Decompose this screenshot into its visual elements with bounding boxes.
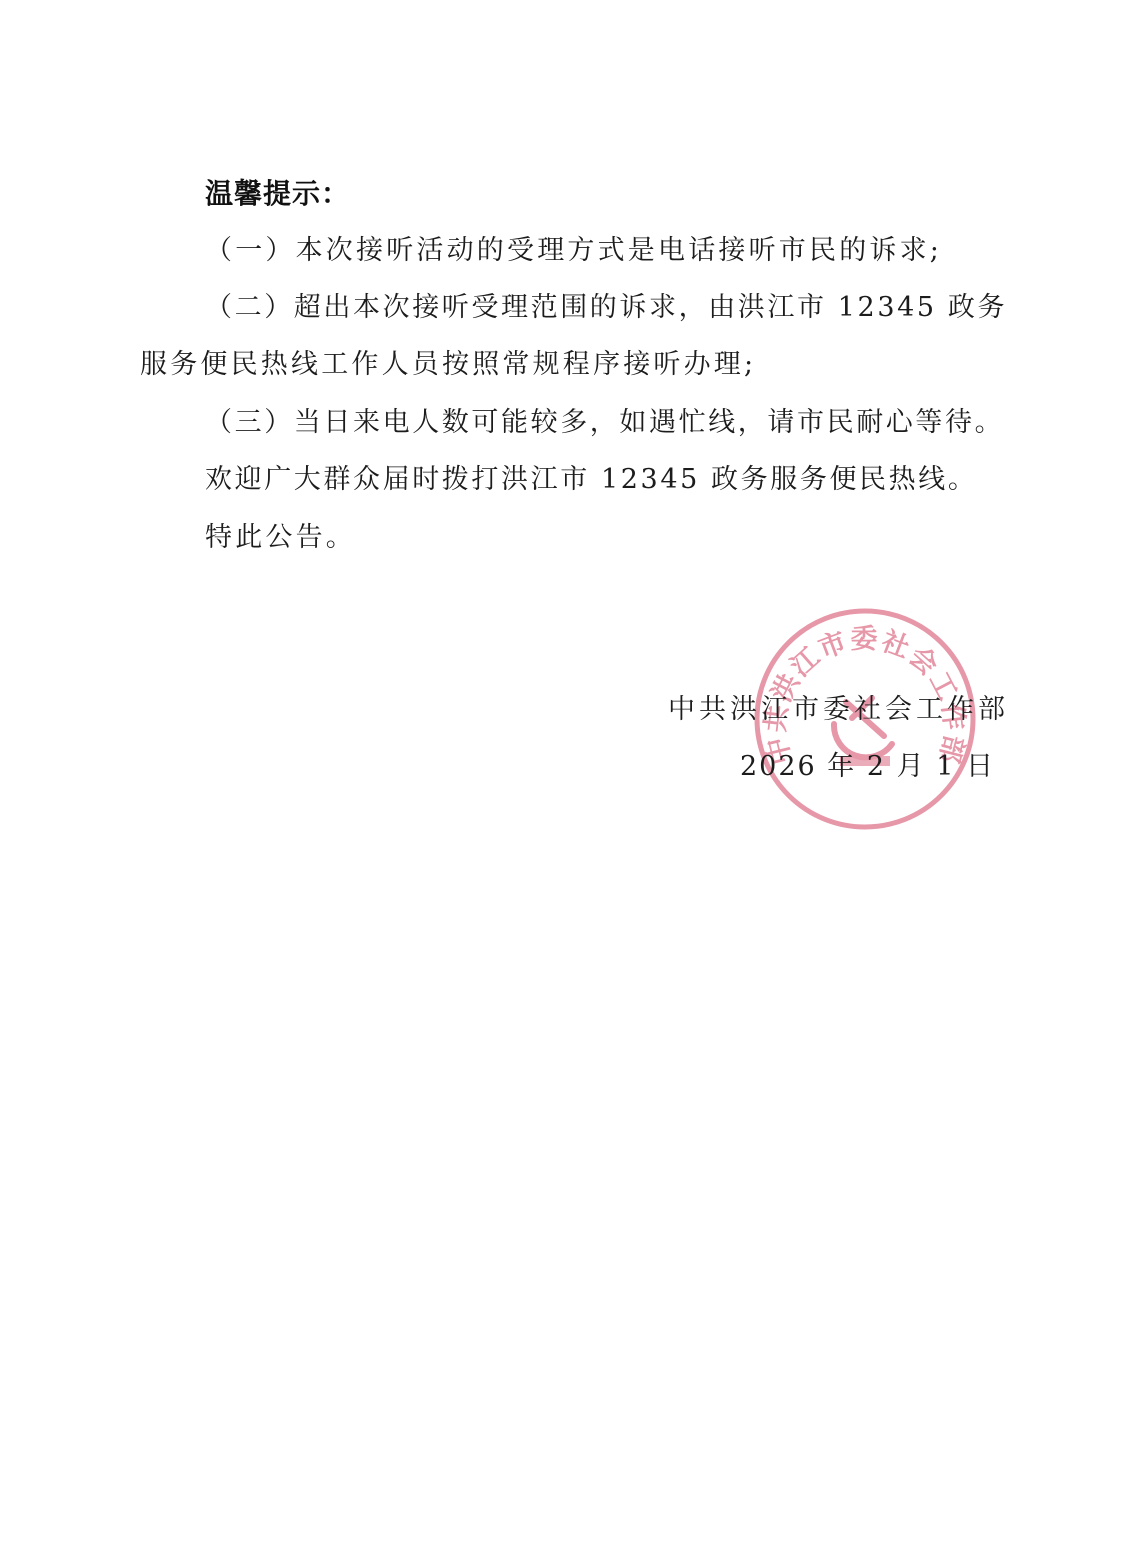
notice-item-2-line-1: （二）超出本次接听受理范围的诉求，由洪江市 12345 政务 — [205, 288, 1080, 328]
signature-date: 2026 年 2 月 1 日 — [740, 747, 995, 787]
closing-line: 特此公告。 — [205, 518, 1080, 558]
document-page: 温馨提示： （一）本次接听活动的受理方式是电话接听市民的诉求; （二）超出本次接… — [0, 0, 1134, 1564]
notice-item-2-line-2: 服务便民热线工作人员按照常规程序接听办理; — [140, 345, 1015, 385]
notice-item-1: （一）本次接听活动的受理方式是电话接听市民的诉求; — [205, 231, 1080, 271]
signature-organization: 中共洪江市委社会工作部 — [668, 690, 1009, 730]
notice-item-3: （三）当日来电人数可能较多，如遇忙线，请市民耐心等待。 — [205, 403, 1080, 443]
notice-heading: 温馨提示： — [205, 174, 350, 214]
welcome-line: 欢迎广大群众届时拨打洪江市 12345 政务服务便民热线。 — [205, 460, 1080, 500]
